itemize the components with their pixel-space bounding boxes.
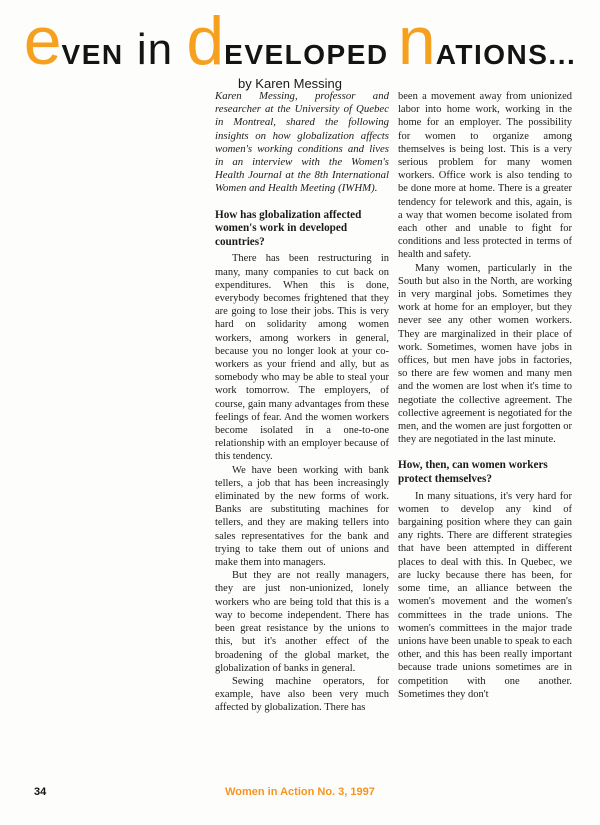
intro-paragraph: Karen Messing, professor and researcher … xyxy=(215,90,389,196)
title-segment-big-orange: d xyxy=(186,3,224,79)
title-segment-caps: EVELOPED xyxy=(224,39,398,70)
article-body: Karen Messing, professor and researcher … xyxy=(215,90,573,715)
article-paragraph: Sewing machine operators, for example, h… xyxy=(215,675,389,715)
article-paragraph: Many women, particularly in the South bu… xyxy=(398,262,572,447)
title-segment-caps: ATIONS... xyxy=(436,39,577,70)
title-segment-big-orange: n xyxy=(398,3,436,79)
left-column: Karen Messing, professor and researcher … xyxy=(215,90,389,715)
section-heading: How has globalization affected women's w… xyxy=(215,209,389,250)
article-paragraph: But they are not really managers, they a… xyxy=(215,569,389,675)
right-column: been a movement away from unionized labo… xyxy=(398,90,572,715)
title-segment-big-orange: e xyxy=(24,3,62,79)
journal-title: Women in Action No. 3, 1997 xyxy=(0,786,600,798)
title-segment-lower: in xyxy=(124,25,187,74)
article-paragraph: been a movement away from unionized labo… xyxy=(398,90,572,262)
magazine-page: eVEN in dEVELOPED nATIONS... by Karen Me… xyxy=(0,0,600,825)
title-segment-caps: VEN xyxy=(62,39,124,70)
byline: by Karen Messing xyxy=(0,76,580,91)
article-paragraph: In many situations, it's very hard for w… xyxy=(398,490,572,701)
article-paragraph: There has been restructuring in many, ma… xyxy=(215,252,389,463)
article-paragraph: We have been working with bank tellers, … xyxy=(215,464,389,570)
section-heading: How, then, can women workers protect the… xyxy=(398,459,572,486)
